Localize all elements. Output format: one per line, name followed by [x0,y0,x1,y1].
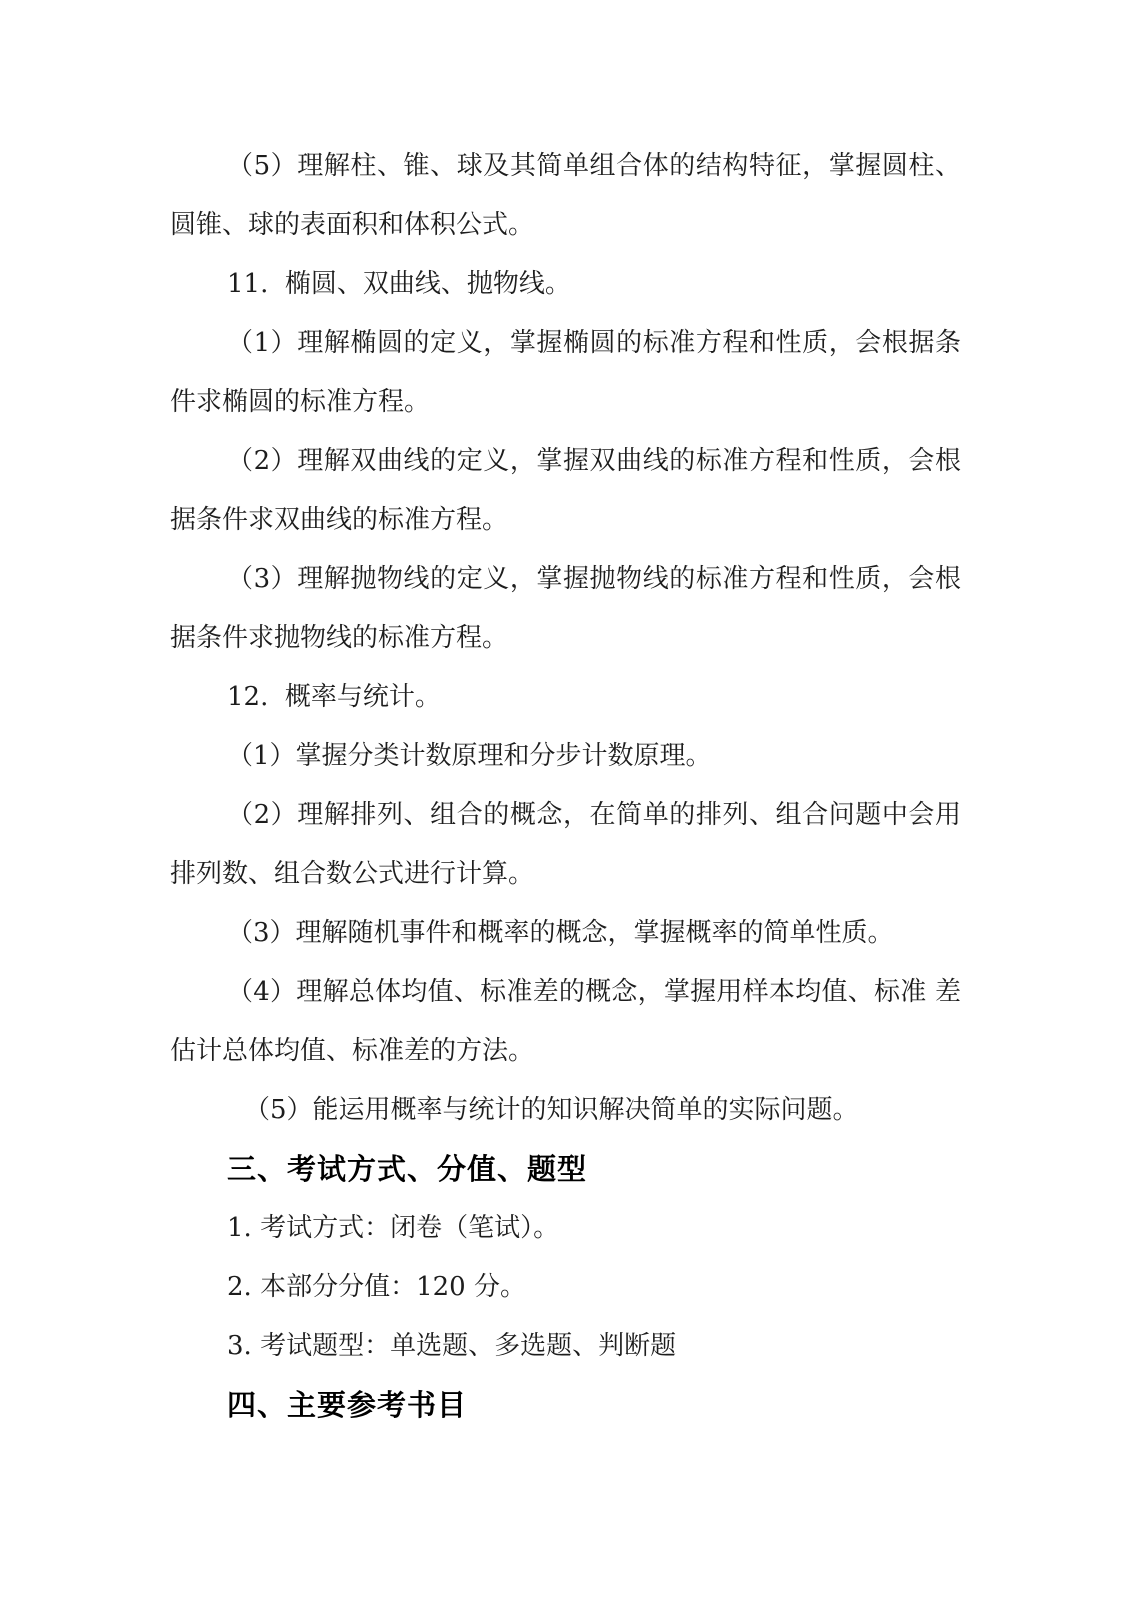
doc-line: 件求椭圆的标准方程。 [170,373,961,432]
doc-line: 2. 本部分分值：120 分。 [170,1258,961,1317]
doc-line: （4）理解总体均值、标准差的概念，掌握用样本均值、标准 差 [170,963,961,1022]
doc-line: （5）理解柱、锥、球及其简单组合体的结构特征，掌握圆柱、 [170,137,961,196]
doc-line: （1）掌握分类计数原理和分步计数原理。 [170,727,961,786]
doc-line: 12. 概率与统计。 [170,668,961,727]
doc-line: 排列数、组合数公式进行计算。 [170,845,961,904]
doc-line: 3. 考试题型：单选题、多选题、判断题 [170,1317,961,1376]
doc-line: 据条件求抛物线的标准方程。 [170,609,961,668]
doc-line: （3）理解随机事件和概率的概念，掌握概率的简单性质。 [170,904,961,963]
doc-line: 11. 椭圆、双曲线、抛物线。 [170,255,961,314]
heading-section-4: 四、主要参考书目 [170,1376,961,1435]
doc-line: 1. 考试方式：闭卷（笔试）。 [170,1199,961,1258]
doc-line: （5）能运用概率与统计的知识解决简单的实际问题。 [170,1081,961,1140]
heading-section-3: 三、考试方式、分值、题型 [170,1140,961,1199]
doc-line: 圆锥、球的表面积和体积公式。 [170,196,961,255]
doc-line: 估计总体均值、标准差的方法。 [170,1022,961,1081]
doc-line: （2）理解排列、组合的概念，在简单的排列、组合问题中会用 [170,786,961,845]
document-page: （5）理解柱、锥、球及其简单组合体的结构特征，掌握圆柱、 圆锥、球的表面积和体积… [170,137,961,1435]
doc-line: （1）理解椭圆的定义，掌握椭圆的标准方程和性质，会根据条 [170,314,961,373]
doc-line: （3）理解抛物线的定义，掌握抛物线的标准方程和性质，会根 [170,550,961,609]
doc-line: （2）理解双曲线的定义，掌握双曲线的标准方程和性质，会根 [170,432,961,491]
doc-line: 据条件求双曲线的标准方程。 [170,491,961,550]
